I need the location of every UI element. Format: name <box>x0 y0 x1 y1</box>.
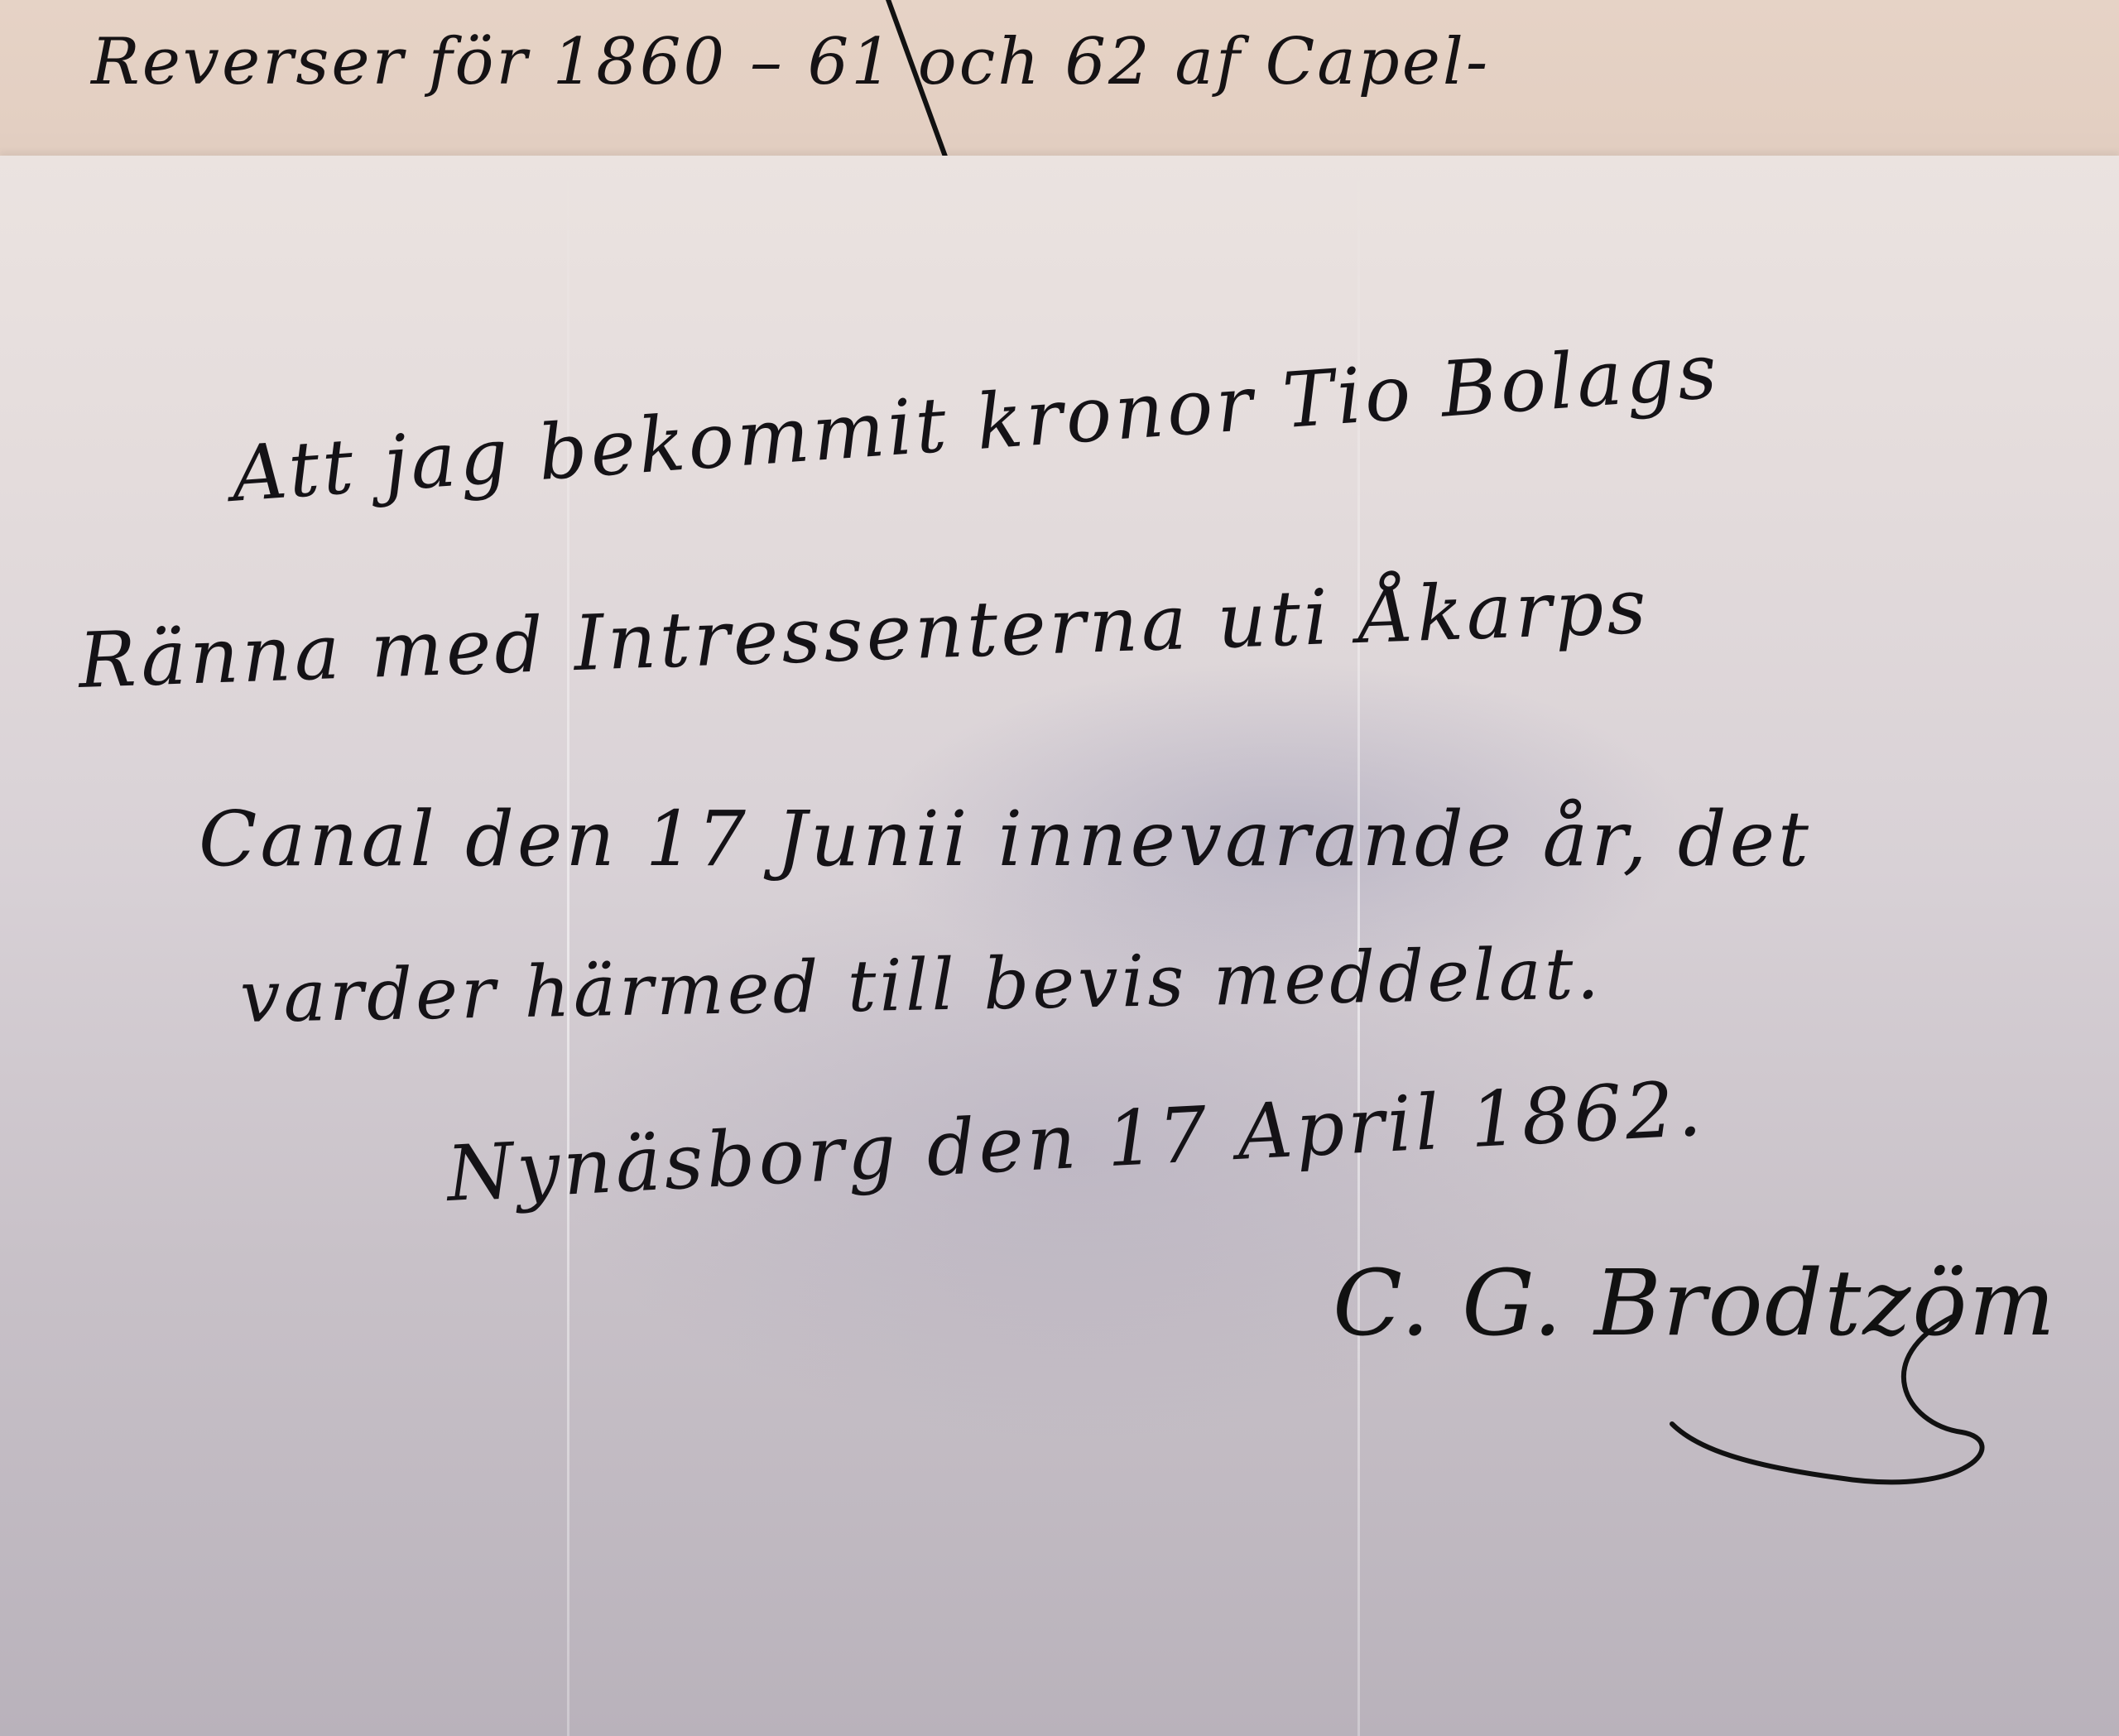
back-sheet-heading: Reverser för 1860 – 61 och 62 af Capel- <box>91 25 1490 99</box>
paper-fold-line <box>567 156 569 1736</box>
document-photo: Reverser för 1860 – 61 och 62 af Capel- … <box>0 0 2119 1736</box>
body-line-3: Canal den 17 Junii innevarande år, det <box>199 795 1812 883</box>
signature-flourish-icon <box>1622 1308 2003 1490</box>
